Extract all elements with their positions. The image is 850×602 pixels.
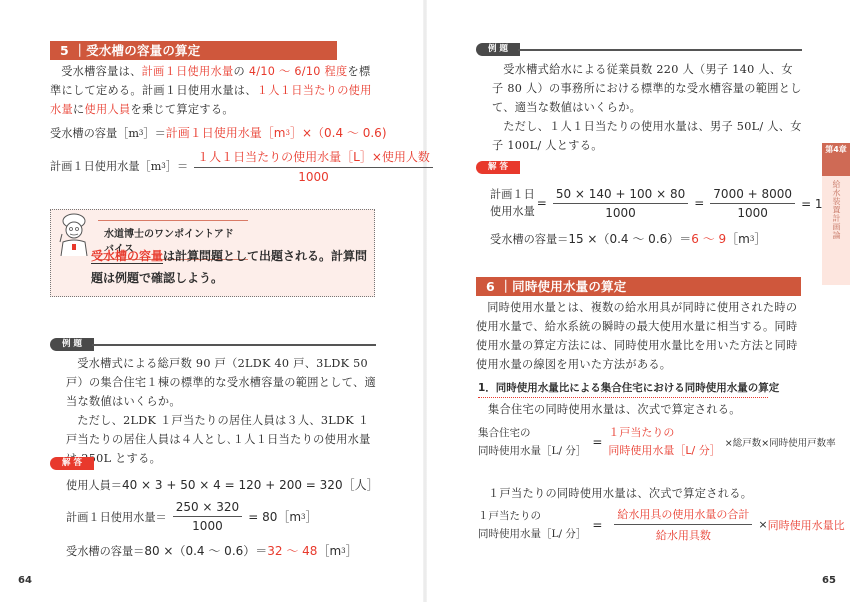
subsection-1-title: 1．同時使用水量比による集合住宅における同時使用水量の算定 [478,380,768,398]
intro-highlight: 計画１日使用水量 [142,65,234,78]
formula-tail-highlight: 同時使用水量比 [768,517,845,533]
formula-lhs: 集合住宅の 同時使用水量［L/ 分］ [478,424,586,460]
formula-rhs-highlight: ］ [290,124,302,141]
example-paragraph: 受水槽式による総戸数 90 戸（2LDK 40 戸、3LDK 50 戸）の集合住… [66,354,379,411]
numerator: １人１日当たりの使用水量［L］×使用人数 [194,148,433,168]
formula-daily-usage: 計画１日使用水量［m3］＝ １人１日当たりの使用水量［L］×使用人数 1000 [50,148,439,184]
fraction: １人１日当たりの使用水量［L］×使用人数 1000 [194,148,433,184]
answer-line-capacity: 受水槽の容量＝ 15 ×（0.4 〜 0.6）＝ 6 〜 9 ［m3］ [490,230,766,247]
page-number-right: 65 [822,575,836,586]
denominator: 1000 [737,204,768,220]
fraction: 7000 + 8000 1000 [710,187,795,220]
example-paragraph: 受水槽式給水による従業員数 220 人（男子 140 人、女子 80 人）の事務… [492,60,804,117]
numerator: 250 × 320 [173,500,243,517]
equals: = [537,196,547,210]
formula-rhs: 80 ×（0.4 〜 0.6）＝ [144,542,267,559]
answer-line-persons: 使用人員＝ 40 × 3 + 50 × 4 = 120 + 200 = 320［… [66,476,379,493]
formula-rhs-range: ×（0.4 〜 0.6) [302,124,387,141]
formula-unit: ］ [754,230,766,247]
numerator: 7000 + 8000 [710,187,795,204]
fraction: 給水用具の使用水量の合計 給水用具数 [614,506,752,543]
answer-label: 解答 [476,161,520,174]
formula-unit: ［m [726,230,750,247]
equals: = [592,435,602,449]
formula-lhs: 受水槽の容量［m [50,125,139,141]
numerator: 50 × 140 + 100 × 80 [553,187,688,204]
denominator: 給水用具数 [656,525,711,543]
advice-highlight: 受水槽の容量 [91,249,163,264]
formula-lhs: 使用人員＝ [66,477,122,493]
numerator: １戸当たりの [608,424,720,442]
formula-lhs-line: 使用水量 [490,203,535,220]
doctor-mascot-icon [56,212,92,256]
formula-lhs: 計画１日 使用水量 [490,186,535,220]
formula-lhs: 計画１日使用水量＝ [66,509,167,525]
example-question: 受水槽式給水による従業員数 220 人（男子 140 人、女子 80 人）の事務… [492,60,804,155]
formula-tank-capacity: 受水槽の容量［m3］＝ 計画１日使用水量［m3］ ×（0.4 〜 0.6) [50,124,387,141]
formula-tail: ×総戸数×同時使用戸数率 [725,435,836,449]
intro-text: を乗じて算定する。 [130,103,233,116]
multiply: × [758,518,767,531]
intro-paragraph: 同時使用水量とは、複数の給水用具が同時に使用された時の使用水量で、給水系統の瞬時… [476,298,804,374]
formula-lhs: 受水槽の容量＝ [66,543,144,559]
intro-text: の [234,65,249,78]
formula-unit: ］ [346,542,358,559]
numerator: 給水用具の使用水量の合計 [614,506,752,525]
example-rule [518,49,802,51]
fraction: 250 × 320 1000 [173,500,243,533]
formula-lhs: 受水槽の容量＝ [490,231,568,247]
formula-rhs: = 80［m [248,508,301,525]
formula-rhs-highlight: 計画１日使用水量［m [166,124,286,141]
intro-highlight: 4/10 〜 6/10 程度 [249,65,348,78]
fraction: 50 × 140 + 100 × 80 1000 [553,187,688,220]
answer-label: 解答 [50,457,94,470]
intro-highlight: 使用人員 [84,103,130,116]
example-paragraph: ただし、2LDK １戸当たりの居住人員は３人、3LDK １戸当たりの居住人員は４… [66,411,379,468]
formula-lhs-line: 計画１日 [490,186,535,203]
formula-lhs-line: 同時使用水量［L/ 分］ [478,525,586,543]
intro-text: 受水槽容量は、 [61,65,141,78]
denominator: 1000 [605,204,636,220]
denominator: 1000 [298,168,329,184]
formula-lhs-line: 集合住宅の [478,424,586,442]
section-6-intro: 同時使用水量とは、複数の給水用具が同時に使用された時の使用水量で、給水系統の瞬時… [476,298,804,374]
formula-concurrent-housing: 集合住宅の 同時使用水量［L/ 分］ = １戸当たりの 同時使用水量［L/ 分］… [478,424,836,460]
denominator: 同時使用水量［L/ 分］ [608,442,720,460]
page-number-left: 64 [18,575,32,586]
formula-eq: ］＝ [166,158,188,174]
formula-rhs: 40 × 3 + 50 × 4 = 120 + 200 = 320［人］ [122,476,379,493]
example-label: 例題 [476,43,520,56]
formula-unit: ［m [317,542,341,559]
answer-line-daily: 計画１日 使用水量 = 50 × 140 + 100 × 80 1000 = 7… [490,186,850,220]
subsection-1-text: 集合住宅の同時使用水量は、次式で算定される。 [488,400,804,419]
formula-concurrent-per-unit: １戸当たりの 同時使用水量［L/ 分］ = 給水用具の使用水量の合計 給水用具数… [478,506,845,543]
formula-stacked-term: １戸当たりの 同時使用水量［L/ 分］ [608,424,720,460]
intro-text: に [73,103,85,116]
answer-highlight: 6 〜 9 [691,230,726,247]
formula-lhs-line: １戸当たりの [478,507,586,525]
example-paragraph: ただし、１人１日当たりの使用水量は、男子 50L/ 人、女子 100L/ 人とす… [492,117,804,155]
formula-eq: ］＝ [143,125,165,141]
equals: = [694,196,704,210]
formula-rhs: 15 ×（0.4 〜 0.6）＝ [568,230,691,247]
page-gutter [423,0,427,602]
example-label: 例題 [50,338,94,351]
section-5-intro: 受水槽容量は、計画１日使用水量の 4/10 〜 6/10 程度を標準にして定める… [50,62,380,119]
answer-line-daily: 計画１日使用水量＝ 250 × 320 1000 = 80［m3］ [66,500,318,533]
answer-line-capacity: 受水槽の容量＝ 80 ×（0.4 〜 0.6）＝ 32 〜 48 ［m3］ [66,542,358,559]
advice-text: 受水槽の容量は計算問題として出題される。計算問題は例題で確認しよう。 [91,245,371,289]
formula-lhs: 計画１日使用水量［m [50,158,161,174]
formula-lhs: １戸当たりの 同時使用水量［L/ 分］ [478,507,586,543]
answer-highlight: 32 〜 48 [267,542,317,559]
chapter-title: 給水装置計画論 [830,180,842,240]
example-question: 受水槽式による総戸数 90 戸（2LDK 40 戸、3LDK 50 戸）の集合住… [66,354,379,468]
formula-lhs-line: 同時使用水量［L/ 分］ [478,442,586,460]
section-5-title: 5 ｜受水槽の容量の算定 [50,41,337,60]
equals: = [592,518,602,532]
denominator: 1000 [192,517,223,533]
chapter-number: 第4章 [822,143,850,176]
per-unit-text: １戸当たりの同時使用水量は、次式で算定される。 [488,484,804,503]
formula-rhs: ］ [306,508,318,525]
section-6-title: 6 ｜同時使用水量の算定 [476,277,801,296]
example-rule [92,344,376,346]
